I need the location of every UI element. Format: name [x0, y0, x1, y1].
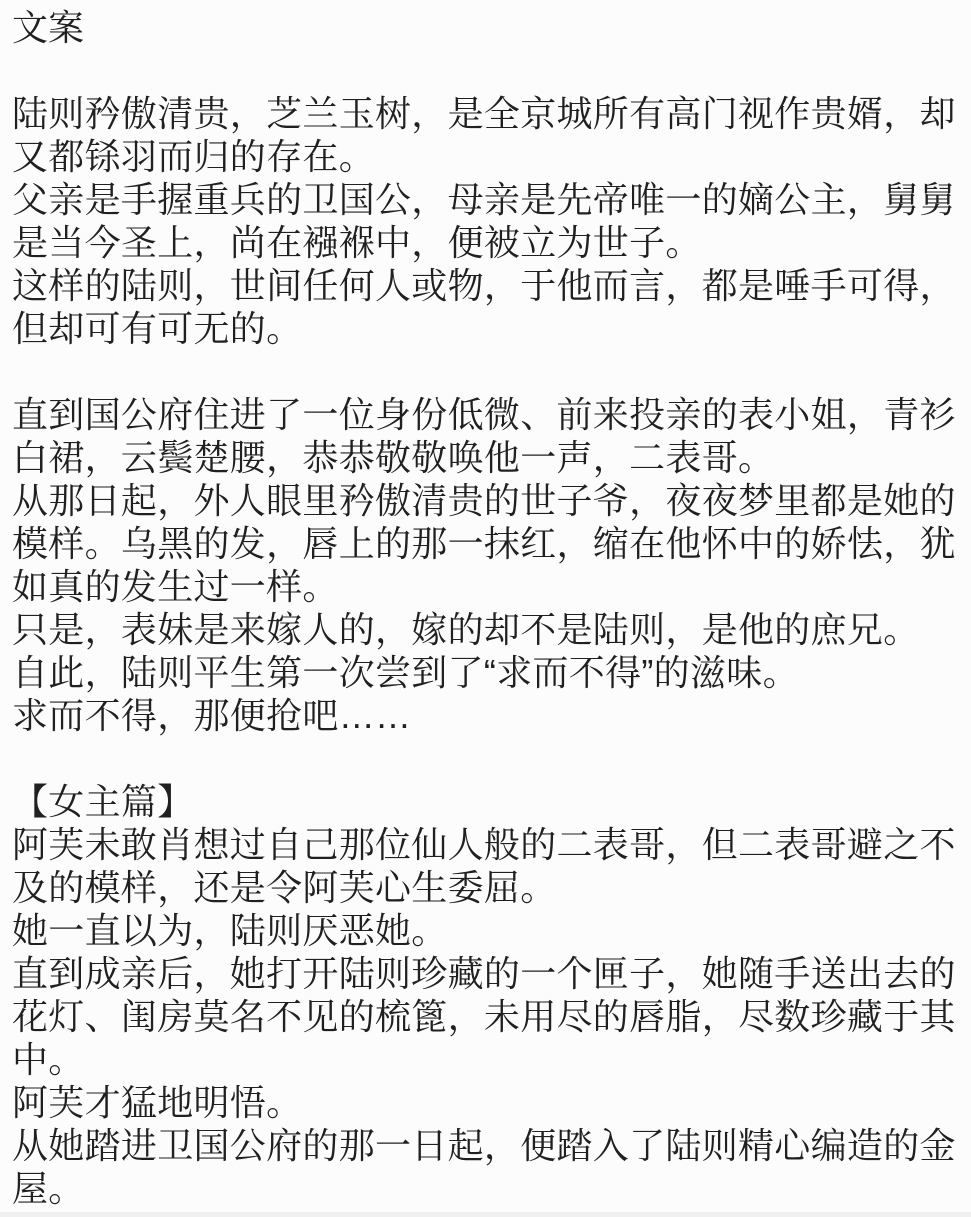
text-line: 她一直以为，陆则厌恶她。 — [12, 909, 959, 952]
text-line: 这样的陆则，世间任何人或物，于他而言，都是唾手可得， — [12, 264, 959, 307]
text-line: 如真的发生过一样。 — [12, 565, 959, 608]
text-line: 只是，表妹是来嫁人的，嫁的却不是陆则，是他的庶兄。 — [12, 608, 959, 651]
text-line: 花灯、闺房莫名不见的梳篦，未用尽的唇脂，尽数珍藏于其 — [12, 995, 959, 1038]
section-heroine-chapter: 【女主篇】 阿芙未敢肖想过自己那位仙人般的二表哥，但二表哥避之不 及的模样，还是… — [12, 780, 959, 1210]
text-line: 从那日起，外人眼里矜傲清贵的世子爷，夜夜梦里都是她的 — [12, 479, 959, 522]
synopsis-page: 文案 陆则矜傲清贵，芝兰玉树，是全京城所有高门视作贵婿，却 又都铩羽而归的存在。… — [0, 0, 971, 1217]
text-line: 屋。 — [12, 1167, 959, 1210]
text-line: 直到国公府住进了一位身份低微、前来投亲的表小姐，青衫 — [12, 393, 959, 436]
text-line: 从她踏进卫国公府的那一日起，便踏入了陆则精心编造的金 — [12, 1124, 959, 1167]
text-line: 自此，陆则平生第一次尝到了“求而不得”的滋味。 — [12, 651, 959, 694]
text-line: 但却可有可无的。 — [12, 307, 959, 350]
text-line: 直到成亲后，她打开陆则珍藏的一个匣子，她随手送出去的 — [12, 952, 959, 995]
section-plot-turn: 直到国公府住进了一位身份低微、前来投亲的表小姐，青衫 白裙，云鬓楚腰，恭恭敬敬唤… — [12, 393, 959, 737]
text-line: 父亲是手握重兵的卫国公，母亲是先帝唯一的嫡公主，舅舅 — [12, 178, 959, 221]
page-title: 文案 — [12, 6, 959, 49]
text-line: 白裙，云鬓楚腰，恭恭敬敬唤他一声，二表哥。 — [12, 436, 959, 479]
section-subtitle: 【女主篇】 — [12, 780, 959, 823]
text-line: 模样。乌黑的发，唇上的那一抹红，缩在他怀中的娇怯，犹 — [12, 522, 959, 565]
text-line: 中。 — [12, 1038, 959, 1081]
page-bottom-edge — [0, 1212, 971, 1217]
text-line: 阿芙未敢肖想过自己那位仙人般的二表哥，但二表哥避之不 — [12, 823, 959, 866]
text-line: 又都铩羽而归的存在。 — [12, 135, 959, 178]
section-hero-intro: 陆则矜傲清贵，芝兰玉树，是全京城所有高门视作贵婿，却 又都铩羽而归的存在。 父亲… — [12, 92, 959, 350]
text-line: 阿芙才猛地明悟。 — [12, 1081, 959, 1124]
text-line: 是当今圣上，尚在襁褓中，便被立为世子。 — [12, 221, 959, 264]
text-line: 求而不得，那便抢吧…… — [12, 694, 959, 737]
text-line: 及的模样，还是令阿芙心生委屈。 — [12, 866, 959, 909]
text-line: 陆则矜傲清贵，芝兰玉树，是全京城所有高门视作贵婿，却 — [12, 92, 959, 135]
